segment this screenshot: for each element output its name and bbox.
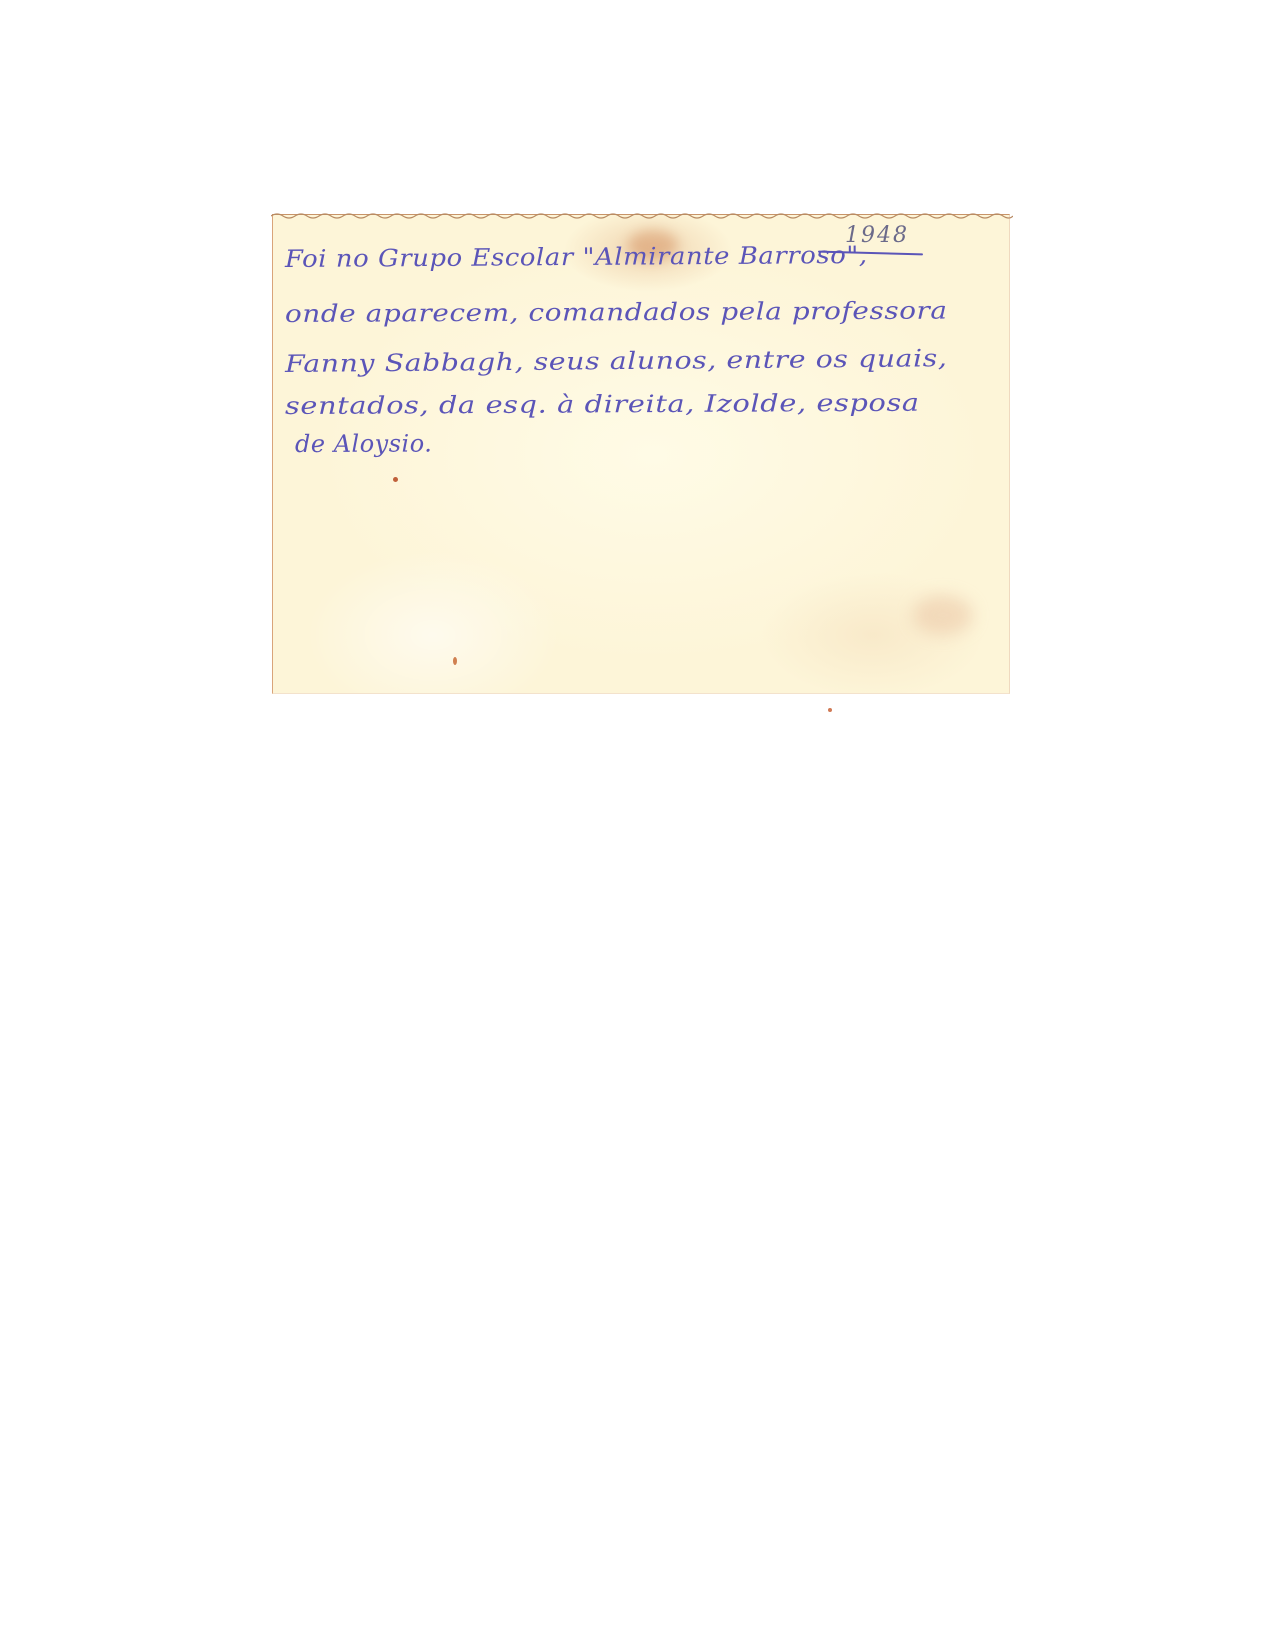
handwritten-line: Foi no Grupo Escolar "Almirante Barroso"…: [285, 241, 868, 273]
handwritten-line: sentados, da esq. à direita, Izolde, esp…: [285, 389, 920, 420]
scanned-page: 1948 Foi no Grupo Escolar "Almirante Bar…: [0, 0, 1275, 1647]
stain-mark: [828, 708, 832, 712]
handwritten-line: de Aloysio.: [295, 430, 432, 458]
photo-card-back: 1948 Foi no Grupo Escolar "Almirante Bar…: [272, 214, 1010, 694]
handwritten-note: 1948 Foi no Grupo Escolar "Almirante Bar…: [273, 215, 1011, 695]
handwritten-line: onde aparecem, comandados pela professor…: [285, 297, 948, 328]
handwritten-line: Fanny Sabbagh, seus alunos, entre os qua…: [285, 344, 948, 378]
